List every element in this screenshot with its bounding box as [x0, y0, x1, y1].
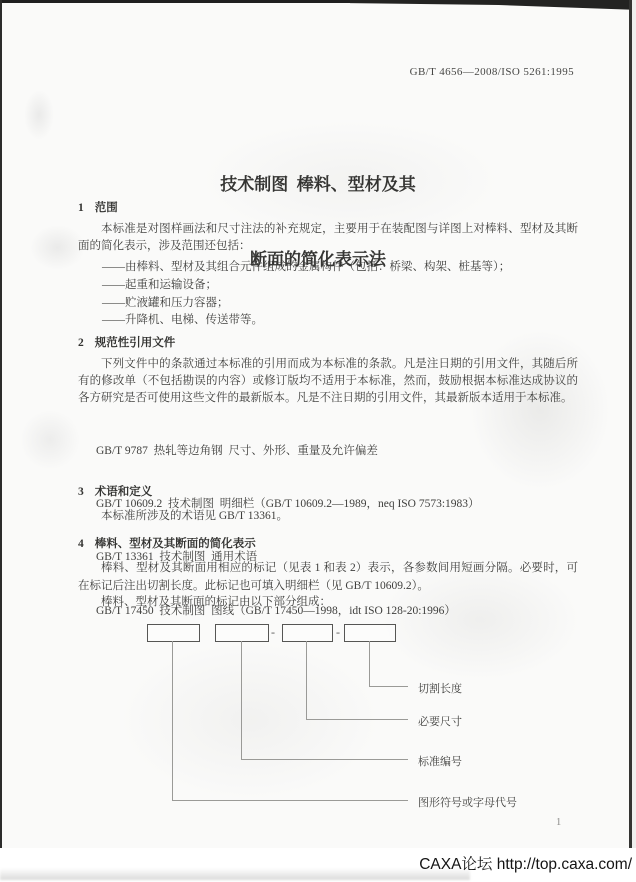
separator-dash: -	[336, 627, 340, 637]
section-2-number: 2	[78, 337, 84, 349]
standard-code: GB/T 4656—2008/ISO 5261:1995	[410, 66, 574, 78]
connector-line	[241, 641, 242, 760]
section-4-title: 棒料、型材及其断面的简化表示	[95, 538, 256, 550]
designation-box-symbol	[147, 624, 200, 642]
section-4-paragraph-1: 棒料、型材及其断面用相应的标记（见表 1 和表 2）表示，各参数间用短画分隔。必…	[78, 560, 578, 595]
list-item: ——升降机、电梯、传送带等。	[102, 312, 582, 330]
page-number: 1	[556, 817, 561, 828]
diagram-label-symbol-or-letter-code: 图形符号或字母代号	[418, 794, 517, 810]
separator-dash: -	[271, 627, 275, 637]
connector-line	[172, 800, 408, 801]
list-item: ——起重和运输设备；	[102, 277, 582, 295]
section-1-heading: 1范围	[78, 199, 118, 215]
connector-line	[306, 719, 408, 720]
connector-line	[369, 641, 370, 687]
section-4-number: 4	[78, 538, 84, 550]
section-2-paragraph: 下列文件中的条款通过本标准的引用而成为本标准的条款。凡是注日期的引用文件，其随后…	[78, 356, 578, 406]
section-3-number: 3	[78, 486, 84, 498]
document-title-line1: 技术制图 棒料、型材及其	[0, 172, 636, 197]
scan-edge-top-right-wedge	[350, 0, 636, 12]
list-item: ——由棒料、型材及其组合元件组成的金属构件（包括：桥梁、构架、桩基等）；	[102, 259, 582, 277]
connector-line	[369, 686, 408, 687]
diagram-label-required-dimensions: 必要尺寸	[418, 713, 462, 729]
section-1-paragraph: 本标准是对图样画法和尺寸注法的补充规定，主要用于在装配图与详图上对棒料、型材及其…	[78, 221, 578, 255]
connector-line	[306, 641, 307, 720]
diagram-label-standard-number: 标准编号	[418, 753, 462, 769]
section-3-heading: 3术语和定义	[78, 483, 152, 499]
connector-line	[172, 641, 173, 801]
section-2-heading: 2规范性引用文件	[78, 334, 175, 350]
connector-line	[241, 759, 408, 760]
section-1-number: 1	[78, 202, 84, 214]
list-item: ——贮液罐和压力容器；	[102, 295, 582, 313]
normative-references: GB/T 9787 热轧等边角钢 尺寸、外形、重量及允许偏差 GB/T 1060…	[96, 407, 586, 656]
designation-box-length	[344, 624, 396, 642]
designation-box-standard	[215, 624, 269, 642]
section-3-paragraph: 本标准所涉及的术语见 GB/T 13361。	[78, 508, 578, 525]
section-4-paragraph-2: 棒料、型材及其断面的标记由以下部分组成：	[78, 594, 578, 611]
paper-smudge	[120, 640, 380, 800]
designation-box-dimensions	[282, 624, 333, 642]
section-2-title: 规范性引用文件	[95, 337, 176, 349]
section-3-title: 术语和定义	[95, 486, 153, 498]
section-1-list: ——由棒料、型材及其组合元件组成的金属构件（包括：桥梁、构架、桩基等）； ——起…	[102, 259, 582, 330]
section-1-title: 范围	[95, 202, 118, 214]
section-4-heading: 4棒料、型材及其断面的简化表示	[78, 535, 256, 551]
watermark-url: CAXA论坛 http://top.caxa.com/	[419, 852, 632, 874]
diagram-label-cut-length: 切割长度	[418, 680, 462, 696]
scan-bottom-shadow	[0, 868, 470, 880]
paper-smudge	[20, 410, 80, 470]
scanned-document-page: GB/T 4656—2008/ISO 5261:1995 技术制图 棒料、型材及…	[0, 0, 636, 882]
reference-item: GB/T 9787 热轧等边角钢 尺寸、外形、重量及允许偏差	[96, 443, 586, 461]
